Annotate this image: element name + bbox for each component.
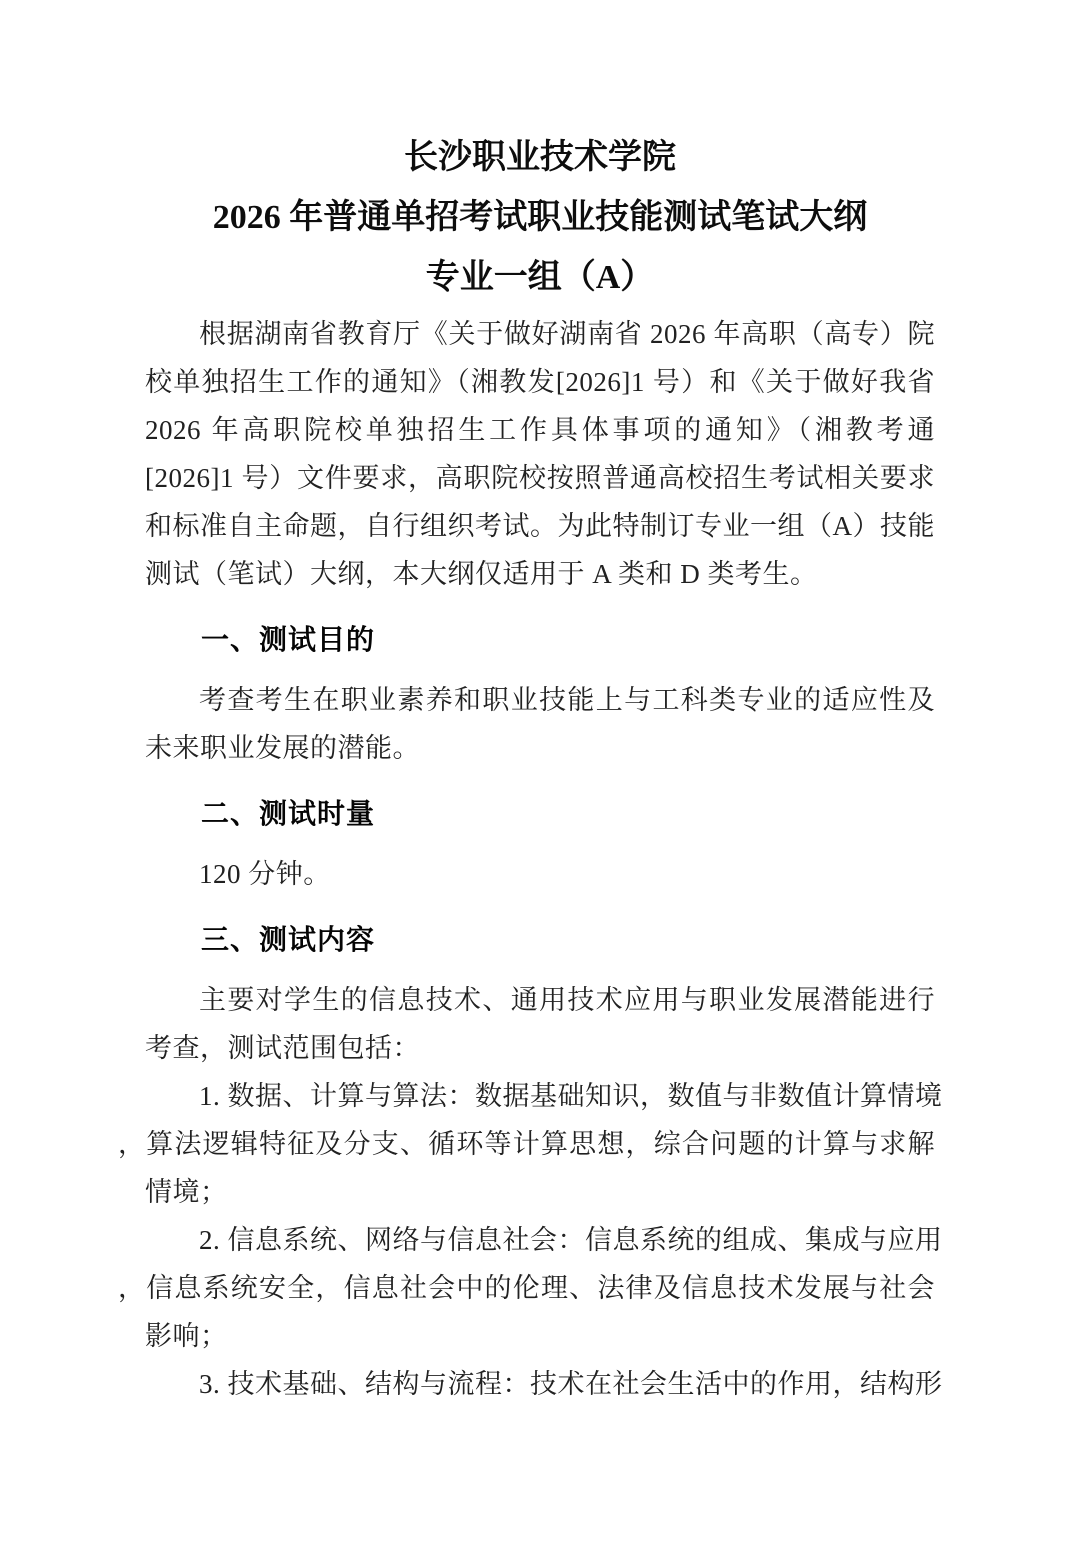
content-item-2-line-3: 影响； bbox=[145, 1312, 935, 1360]
intro-line-1: 根据湖南省教育厅《关于做好湖南省 2026 年高职（高专）院 bbox=[145, 310, 935, 358]
content-item-1-line-1: 1. 数据、计算与算法：数据基础知识，数值与非数值计算情境 bbox=[145, 1072, 935, 1120]
intro-paragraph: 根据湖南省教育厅《关于做好湖南省 2026 年高职（高专）院 校单独招生工作的通… bbox=[145, 310, 935, 598]
section-heading-1: 一、测试目的 bbox=[145, 616, 935, 664]
content-item-1-line-3: 情境； bbox=[145, 1168, 935, 1216]
section-test-purpose: 一、测试目的 考查考生在职业素养和职业技能上与工科类专业的适应性及 未来职业发展… bbox=[145, 616, 935, 772]
content-item-2-line-1: 2. 信息系统、网络与信息社会：信息系统的组成、集成与应用 bbox=[145, 1216, 935, 1264]
doc-title-line-1: 长沙职业技术学院 bbox=[145, 128, 935, 188]
purpose-line-1: 考查考生在职业素养和职业技能上与工科类专业的适应性及 bbox=[145, 676, 935, 724]
document-page: 长沙职业技术学院 2026 年普通单招考试职业技能测试笔试大纲 专业一组（A） … bbox=[0, 0, 1080, 1557]
purpose-line-2: 未来职业发展的潜能。 bbox=[145, 724, 935, 772]
content-item-3-line-1: 3. 技术基础、结构与流程：技术在社会生活中的作用，结构形 bbox=[145, 1360, 935, 1408]
section-test-content: 三、测试内容 主要对学生的信息技术、通用技术应用与职业发展潜能进行 考查，测试范… bbox=[145, 916, 935, 1408]
intro-line-5: 和标准自主命题，自行组织考试。为此特制订专业一组（A）技能 bbox=[145, 502, 935, 550]
content-item-2-line-2: ，信息系统安全，信息社会中的伦理、法律及信息技术发展与社会 bbox=[145, 1264, 935, 1312]
intro-line-6: 测试（笔试）大纲，本大纲仅适用于 A 类和 D 类考生。 bbox=[145, 550, 935, 598]
intro-line-4: [2026]1 号）文件要求，高职院校按照普通高校招生考试相关要求 bbox=[145, 454, 935, 502]
section-heading-3: 三、测试内容 bbox=[145, 916, 935, 964]
section-test-duration: 二、测试时量 120 分钟。 bbox=[145, 790, 935, 898]
section-heading-2: 二、测试时量 bbox=[145, 790, 935, 838]
content-item-1-line-2: ，算法逻辑特征及分支、循环等计算思想，综合问题的计算与求解 bbox=[145, 1120, 935, 1168]
document-title: 长沙职业技术学院 2026 年普通单招考试职业技能测试笔试大纲 专业一组（A） bbox=[145, 128, 935, 308]
intro-line-2: 校单独招生工作的通知》（湘教发[2026]1 号）和《关于做好我省 bbox=[145, 358, 935, 406]
content-line-1: 主要对学生的信息技术、通用技术应用与职业发展潜能进行 bbox=[145, 976, 935, 1024]
intro-line-3: 2026 年高职院校单独招生工作具体事项的通知》（湘教考通 bbox=[145, 406, 935, 454]
content-line-2: 考查，测试范围包括： bbox=[145, 1024, 935, 1072]
duration-line-1: 120 分钟。 bbox=[145, 850, 935, 898]
doc-title-line-3: 专业一组（A） bbox=[145, 248, 935, 308]
doc-title-line-2: 2026 年普通单招考试职业技能测试笔试大纲 bbox=[145, 188, 935, 248]
